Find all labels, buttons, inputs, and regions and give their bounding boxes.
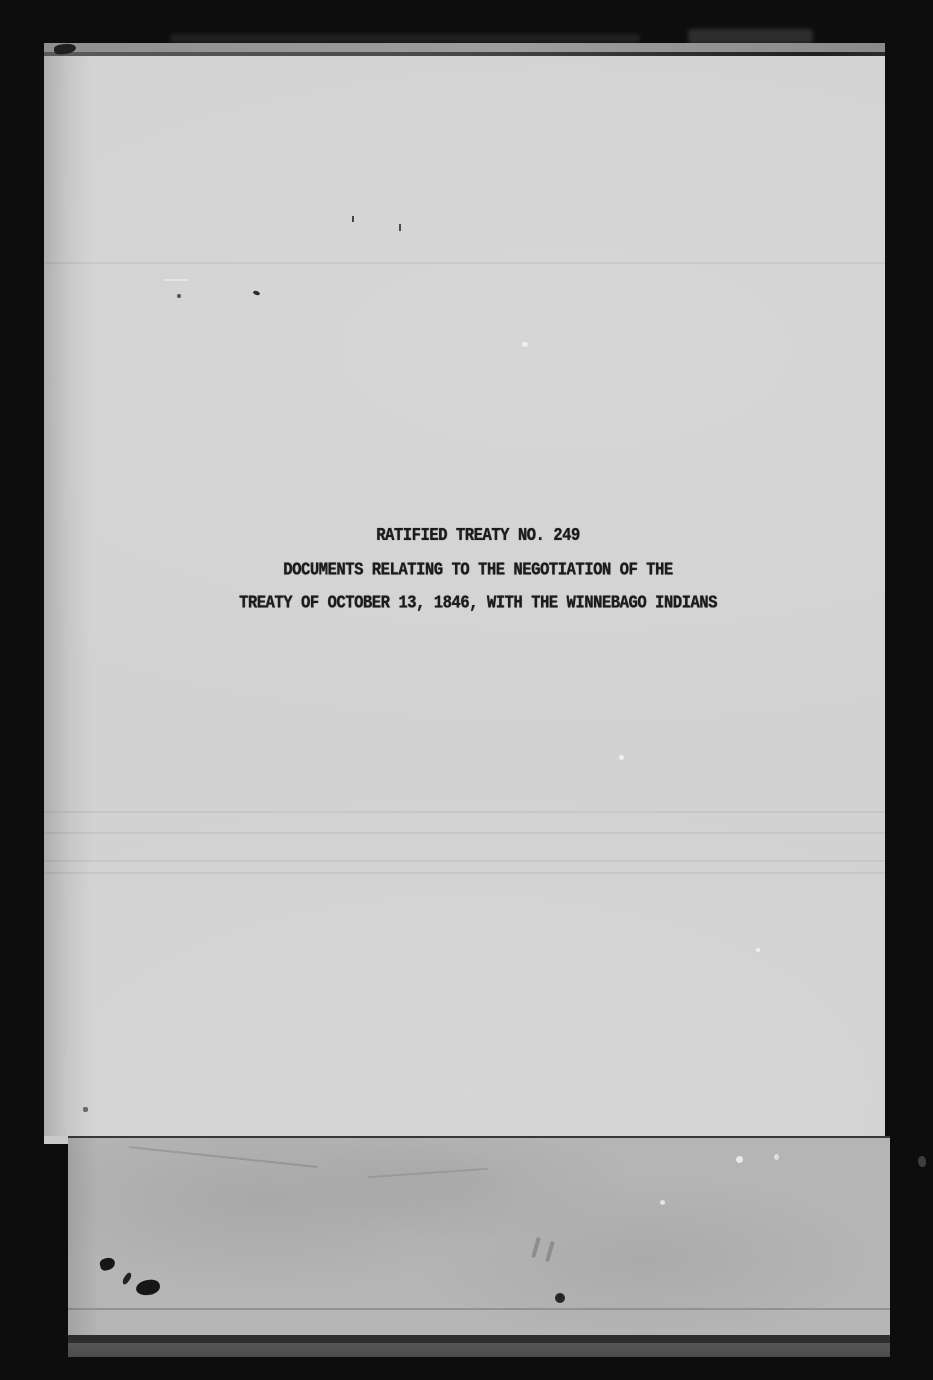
pencil-stroke <box>545 1241 555 1262</box>
title-line-2: DOCUMENTS RELATING TO THE NEGOTIATION OF… <box>228 553 728 587</box>
paper-highlight-speck <box>774 1154 779 1160</box>
ink-blot <box>99 1256 116 1271</box>
page-corner-stub <box>44 1136 68 1144</box>
scratch-mark <box>128 1146 317 1168</box>
paper-scratch <box>163 279 189 281</box>
paper-speck <box>399 224 401 231</box>
paper-highlight-speck <box>736 1156 743 1163</box>
scan-line-artifact <box>44 872 885 874</box>
scan-line-artifact <box>44 860 885 862</box>
paper-highlight-speck <box>660 1200 665 1205</box>
backing-sheet <box>68 1136 890 1357</box>
ink-blot <box>121 1271 132 1285</box>
backing-bottom-edge <box>68 1335 890 1357</box>
paper-highlight-speck <box>756 948 760 952</box>
scan-line-artifact <box>44 811 885 813</box>
title-line-3: TREATY OF OCTOBER 13, 1846, WITH THE WIN… <box>228 586 728 620</box>
pencil-stroke <box>531 1237 541 1258</box>
paper-speck <box>253 290 261 296</box>
film-smudge <box>170 34 640 43</box>
scan-line-artifact <box>68 1308 890 1310</box>
page-top-edge <box>44 43 885 52</box>
paper-speck <box>177 294 181 298</box>
document-page: RATIFIED TREATY NO. 249 DOCUMENTS RELATI… <box>44 43 885 1136</box>
paper-highlight-speck <box>619 755 624 760</box>
ink-blot <box>135 1278 161 1296</box>
title-line-1: RATIFIED TREATY NO. 249 <box>228 519 728 553</box>
film-smudge <box>688 29 813 44</box>
title-block: RATIFIED TREATY NO. 249 DOCUMENTS RELATI… <box>228 519 728 620</box>
microfilm-scan-frame: RATIFIED TREATY NO. 249 DOCUMENTS RELATI… <box>0 0 933 1380</box>
paper-highlight-speck <box>522 342 528 347</box>
film-dust-speck <box>918 1156 926 1167</box>
paper-speck <box>83 1107 88 1112</box>
stain-dot <box>555 1293 565 1303</box>
scan-line-artifact <box>44 832 885 834</box>
page-top-edge-shadow <box>44 52 885 56</box>
scan-line-artifact <box>44 262 885 264</box>
scratch-mark <box>368 1168 488 1178</box>
paper-speck <box>352 216 354 222</box>
